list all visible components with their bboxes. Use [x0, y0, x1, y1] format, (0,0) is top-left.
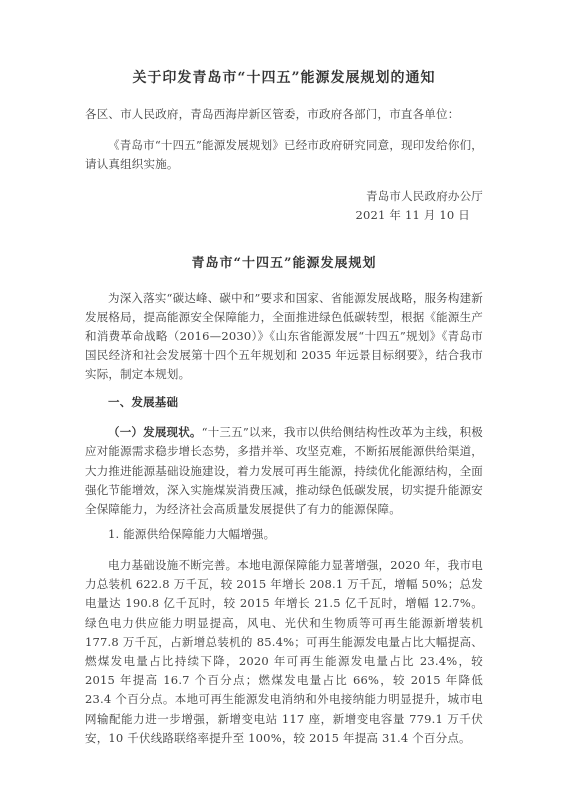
notice-title: 关于印发青岛市“十四五”能源发展规划的通知: [85, 68, 483, 88]
plan-intro-paragraph: 为深入落实“碳达峰、碳中和”要求和国家、省能源发展战略，服务构建新发展格局，提高…: [85, 289, 483, 385]
document-page: 关于印发青岛市“十四五”能源发展规划的通知 各区、市人民政府，青岛西海岸新区管委…: [0, 0, 566, 800]
notice-body-paragraph: 《青岛市“十四五”能源发展规划》已经市政府研究同意，现印发给你们，请认真组织实施…: [85, 136, 483, 174]
subheading-energy-supply-capability: 1. 能源供给保障能力大幅增强。: [85, 525, 483, 544]
paragraph-development-status: （一）发展现状。“十三五”以来，我市以供给侧结构性改革为主线，积极应对能源需求稳…: [85, 423, 483, 519]
recipients-line: 各区、市人民政府，青岛西海岸新区管委，市政府各部门，市直各单位：: [85, 105, 483, 124]
plan-title: 青岛市“十四五”能源发展规划: [85, 254, 483, 274]
signature-block: 青岛市人民政府办公厅 2021 年 11 月 10 日: [85, 187, 483, 225]
paragraph-lead-development-status: （一）发展现状。: [108, 425, 202, 439]
document-body: 关于印发青岛市“十四五”能源发展规划的通知 各区、市人民政府，青岛西海岸新区管委…: [0, 0, 566, 748]
signature-organization: 青岛市人民政府办公厅: [85, 187, 483, 206]
signature-date: 2021 年 11 月 10 日: [85, 206, 483, 225]
section-heading-development-basis: 一、发展基础: [85, 393, 483, 412]
paragraph-power-infrastructure: 电力基础设施不断完善。本地电源保障能力显著增强，2020 年，我市电力总装机 6…: [85, 556, 483, 748]
